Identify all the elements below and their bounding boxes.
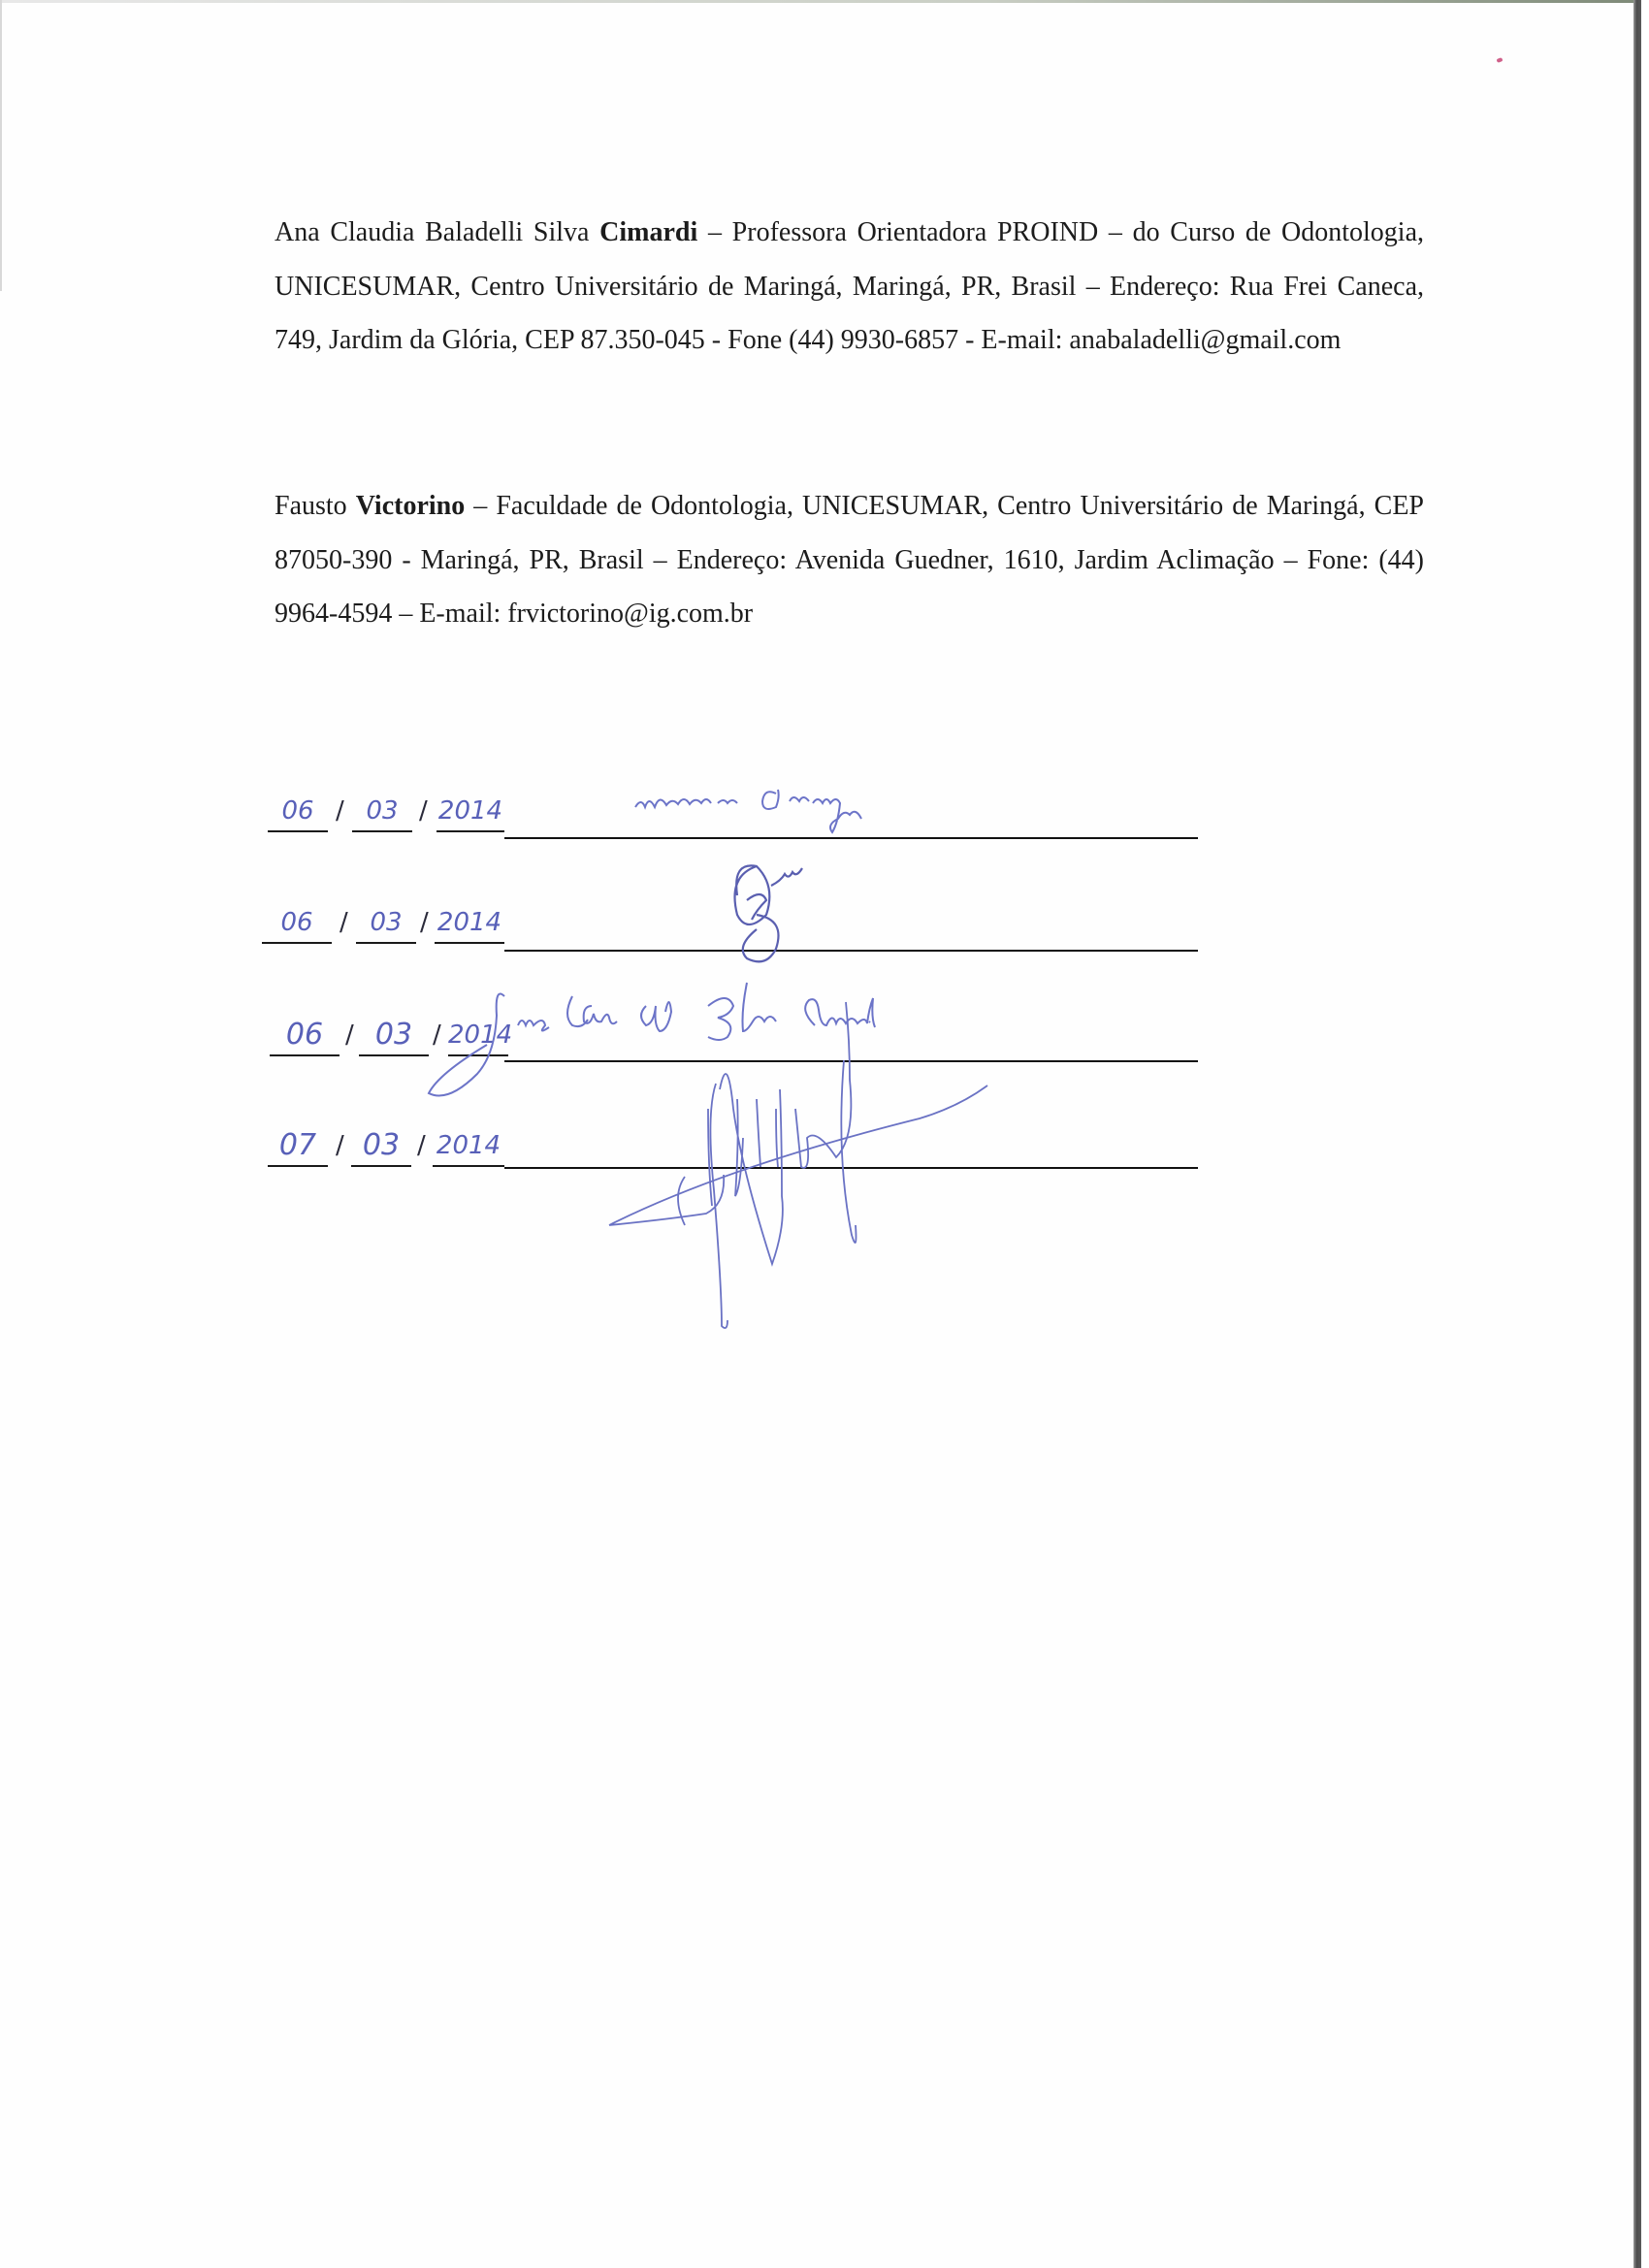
signature-line	[504, 1167, 1198, 1169]
date-day: 06	[268, 792, 328, 832]
signature-row-4: 07 / 03 / 2014	[262, 1089, 1198, 1167]
date-month: 03	[351, 1126, 411, 1167]
author-surname: Cimardi	[599, 217, 697, 247]
date-separator: /	[339, 903, 348, 942]
date-year: 2014	[435, 903, 504, 944]
date-month: 03	[359, 1016, 429, 1056]
signature-line	[504, 837, 1198, 839]
date-separator: /	[336, 792, 344, 830]
handwritten-signature-3	[417, 987, 1057, 1103]
date-separator: /	[419, 792, 428, 830]
handwritten-signature-2	[718, 857, 854, 983]
date-month: 03	[352, 792, 412, 832]
handwritten-signature-1	[630, 774, 941, 852]
scan-edge-right	[1633, 0, 1641, 2268]
scan-edge-left	[0, 0, 2, 291]
author-name-prefix: Ana Claudia Baladelli Silva	[275, 217, 599, 247]
date-separator: /	[417, 1126, 426, 1165]
affiliation-paragraph-1: Ana Claudia Baladelli Silva Cimardi – Pr…	[275, 206, 1424, 368]
scan-dust-mark	[1496, 57, 1503, 63]
scanned-page: Ana Claudia Baladelli Silva Cimardi – Pr…	[0, 0, 1641, 2268]
date-month: 03	[356, 903, 416, 944]
date-year: 2014	[448, 1016, 508, 1056]
date-day: 06	[270, 1016, 339, 1056]
signature-line	[504, 950, 1198, 952]
date-day: 07	[268, 1126, 328, 1167]
author-surname: Victorino	[356, 491, 466, 521]
scan-edge-top	[0, 0, 1641, 3]
date-year: 2014	[436, 792, 504, 832]
signature-row-3: 06 / 03 / 2014	[262, 979, 1198, 1056]
date-separator: /	[336, 1126, 344, 1165]
date-year: 2014	[433, 1126, 504, 1167]
author-name-prefix: Fausto	[275, 491, 356, 521]
signature-row-1: 06 / 03 / 2014	[262, 755, 1198, 832]
handwritten-signature-4	[601, 1051, 1009, 1342]
date-separator: /	[433, 1016, 441, 1054]
affiliation-paragraph-2: Fausto Victorino – Faculdade de Odontolo…	[275, 479, 1424, 641]
date-day: 06	[262, 903, 332, 944]
date-separator: /	[345, 1016, 354, 1054]
signature-row-2: 06 / 03 / 2014	[262, 866, 1198, 944]
signature-line	[504, 1060, 1198, 1062]
date-separator: /	[420, 903, 429, 942]
